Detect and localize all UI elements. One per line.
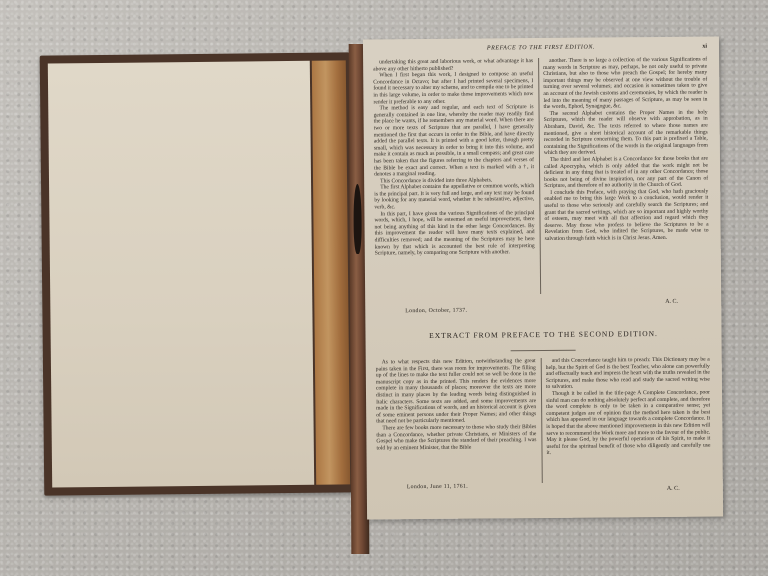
paragraph: As to what respects this new Edition, no…: [376, 358, 537, 425]
page-number: xi: [702, 44, 707, 50]
paragraph: The method is easy and regular, and each…: [373, 104, 534, 178]
first-edition-right-column: another. There is so large a collection …: [543, 57, 709, 293]
paragraph: The first Alphabet contains the appellat…: [374, 183, 534, 211]
paragraph: I conclude this Preface, with praying th…: [544, 188, 708, 242]
paragraph: There are few books more necessary to th…: [376, 424, 536, 452]
book-page: Preface to the First Edition. xi underta…: [363, 36, 723, 519]
book-cover-board: [40, 52, 355, 495]
spine-tear: [353, 184, 361, 254]
second-edition-right-column: and this Concordance taught him to preac…: [546, 357, 711, 483]
column-divider: [541, 358, 543, 483]
first-edition-date: London, October, 1737.: [405, 308, 467, 315]
paragraph: When I first began this work, I designed…: [373, 71, 533, 105]
second-edition-date: London, June 11, 1761.: [407, 484, 468, 491]
paragraph: Though it be called in the title-page A …: [546, 390, 711, 457]
paragraph: another. There is so large a collection …: [543, 57, 707, 111]
endpaper: [48, 61, 314, 488]
column-divider: [538, 58, 541, 294]
hinge-tape: [312, 60, 350, 484]
paragraph: In this part, I have given the various S…: [374, 210, 534, 258]
first-edition-signature: A. C.: [665, 299, 678, 305]
paragraph: The second Alphabet contains the Proper …: [544, 109, 708, 157]
running-head: Preface to the First Edition.: [363, 43, 719, 56]
first-edition-left-column: undertaking this great and laborious wor…: [373, 58, 535, 314]
paragraph: The third and last Alphabet is a Concord…: [544, 155, 708, 189]
second-edition-left-column: As to what respects this new Edition, no…: [376, 358, 537, 471]
second-edition-signature: A. C.: [667, 486, 680, 492]
second-edition-title: Extract from Preface to the Second Editi…: [365, 328, 721, 340]
paragraph: and this Concordance taught him to preac…: [546, 357, 710, 391]
title-rule: [511, 350, 576, 352]
